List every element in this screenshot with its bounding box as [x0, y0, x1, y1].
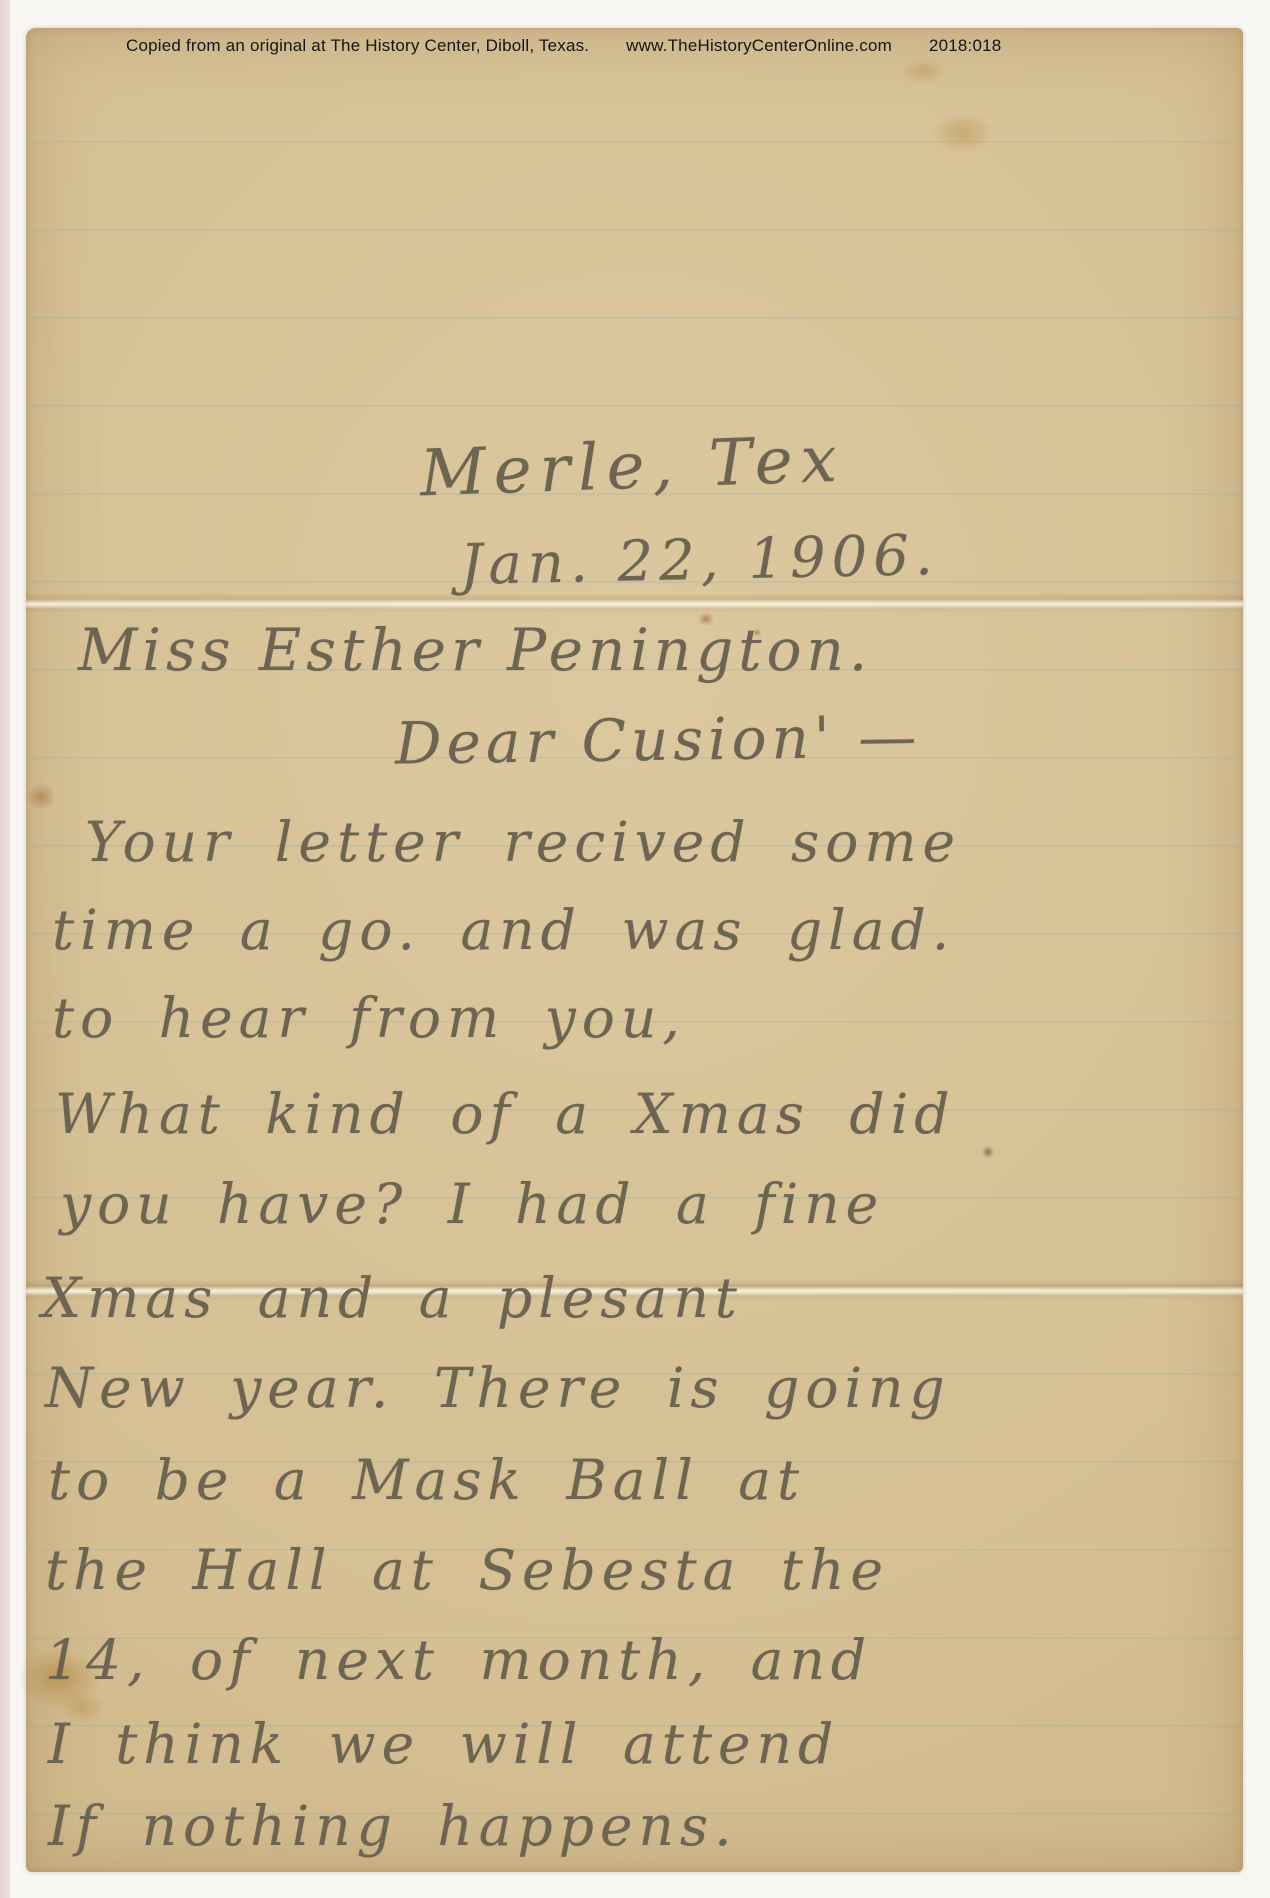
letter-body-line: Your letter recived some: [85, 810, 961, 874]
letter-body-line: I think we will attend: [48, 1712, 839, 1776]
paper-stain: [932, 112, 994, 154]
letter-body-line: you have? I had a fine: [60, 1172, 884, 1236]
archive-stamp: Copied from an original at The History C…: [126, 36, 1001, 56]
letter-body-line: to hear from you,: [52, 986, 686, 1050]
paper-stain: [982, 1146, 994, 1158]
archive-url-text: www.TheHistoryCenterOnline.com: [626, 36, 892, 55]
scanner-edge-strip: [0, 0, 10, 1898]
archive-credit-text: Copied from an original at The History C…: [126, 36, 589, 55]
letter-body-line: Xmas and a plesant: [42, 1266, 743, 1330]
letter-place: Merle, Tex: [419, 423, 846, 512]
archive-accession-number: 2018:018: [929, 36, 1002, 55]
letter-salutation: Dear Cusion' —: [395, 702, 922, 777]
paper-stain: [900, 58, 946, 84]
fold-crease-top: [26, 593, 1243, 613]
letter-body-line: What kind of a Xmas did: [55, 1082, 955, 1146]
letter-date: Jan. 22, 1906.: [459, 523, 939, 598]
letter-body-line: New year. There is going: [45, 1356, 951, 1420]
letter-body-line: If nothing happens.: [48, 1794, 738, 1858]
letter-body-line: time a go. and was glad.: [52, 898, 955, 962]
paper-stain: [26, 784, 56, 810]
letter-body-line: the Hall at Sebesta the: [45, 1538, 889, 1602]
letter-body-line: to be a Mask Ball at: [48, 1448, 805, 1512]
letter-page: Copied from an original at The History C…: [26, 28, 1243, 1872]
letter-body-line: 14, of next month, and: [45, 1628, 872, 1692]
letter-recipient: Miss Esther Penington.: [78, 616, 872, 684]
